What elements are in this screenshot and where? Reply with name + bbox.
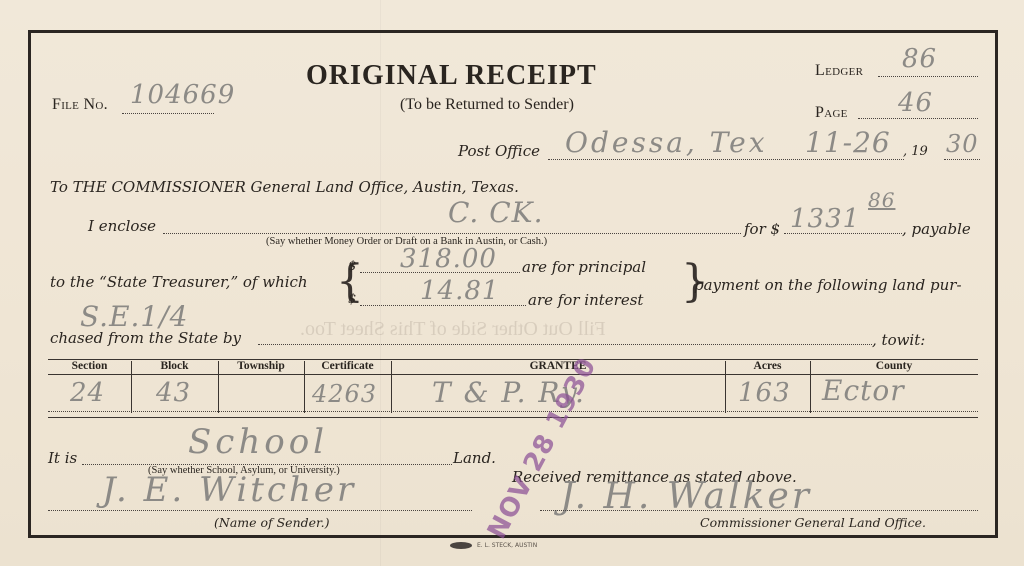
document-title: ORIGINAL RECEIPT	[306, 60, 597, 92]
commissioner-title: Commissioner General Land Office.	[700, 515, 926, 530]
principal-label: are for principal	[522, 258, 646, 276]
table-row-line	[48, 411, 978, 412]
column-header-certificate: Certificate	[304, 360, 391, 372]
year-value: 30	[946, 130, 979, 158]
file-no-label: File No.	[52, 96, 108, 114]
file-no-value: 104669	[130, 80, 235, 110]
cell-block: 43	[156, 378, 191, 408]
year-prefix: , 19	[903, 144, 928, 159]
ledger-label: Ledger	[815, 62, 863, 80]
column-header-county: County	[810, 360, 978, 372]
post-office-line	[548, 159, 904, 160]
year-line	[944, 159, 980, 160]
amount-cents: 86	[868, 188, 895, 212]
ledger-value: 86	[902, 44, 937, 74]
payment-label: payment on the following land pur-	[694, 276, 962, 294]
enclose-line	[163, 233, 741, 234]
post-office-label: Post Office	[458, 142, 540, 160]
chased-label: chased from the State by	[50, 329, 241, 347]
printer-union-bug-icon	[450, 542, 472, 549]
page-line	[858, 118, 978, 119]
towit-label: , towit:	[872, 331, 925, 349]
post-office-value: Odessa, Tex	[565, 126, 768, 159]
addressee-line: To THE COMMISSIONER General Land Office,…	[50, 178, 519, 196]
cell-acres: 163	[738, 378, 791, 408]
column-header-section: Section	[48, 360, 131, 372]
sender-signature: J. E. Witcher	[102, 470, 356, 510]
principal-dollar: $	[348, 259, 356, 274]
interest-label: are for interest	[528, 291, 643, 309]
column-header-block: Block	[131, 360, 218, 372]
land-type-value: School	[188, 422, 328, 462]
land-type-suffix: Land.	[453, 449, 496, 467]
receipt-paper: File No. 104669 ORIGINAL RECEIPT (To be …	[0, 0, 1024, 566]
commissioner-line	[540, 510, 978, 511]
table-bottom-rule	[48, 417, 978, 418]
amount-dollars: 1331	[790, 204, 860, 234]
land-type-label: It is	[48, 449, 77, 467]
page-label: Page	[815, 104, 848, 122]
date-value: 11-26	[805, 126, 891, 159]
amount-label: for $	[744, 220, 780, 238]
interest-dollar: $	[348, 292, 356, 307]
column-header-acres: Acres	[725, 360, 810, 372]
enclose-label: I enclose	[88, 217, 156, 235]
file-no-line	[122, 113, 214, 114]
cell-county: Ector	[822, 374, 905, 407]
sender-label: (Name of Sender.)	[214, 515, 329, 530]
document-subtitle: (To be Returned to Sender)	[400, 96, 574, 114]
column-header-grantee: GRANTEE	[391, 360, 725, 372]
sender-line	[48, 510, 472, 511]
treasurer-label: to the “State Treasurer,” of which	[50, 273, 308, 291]
column-header-township: Township	[218, 360, 304, 372]
printer-mark: E. L. STECK, AUSTIN	[477, 542, 537, 549]
principal-amount: 318.00	[400, 244, 497, 274]
ledger-line	[878, 76, 978, 77]
chased-line	[258, 344, 872, 345]
cell-certificate: 4263	[312, 380, 377, 408]
interest-amount: 14.81	[420, 276, 499, 306]
show-through-text: Fill Out Other Side of This Sheet Too.	[300, 318, 606, 341]
cell-section: 24	[70, 378, 105, 408]
enclose-value: C. CK.	[448, 196, 543, 229]
payable-label: , payable	[902, 220, 971, 238]
page-value: 46	[898, 88, 933, 118]
